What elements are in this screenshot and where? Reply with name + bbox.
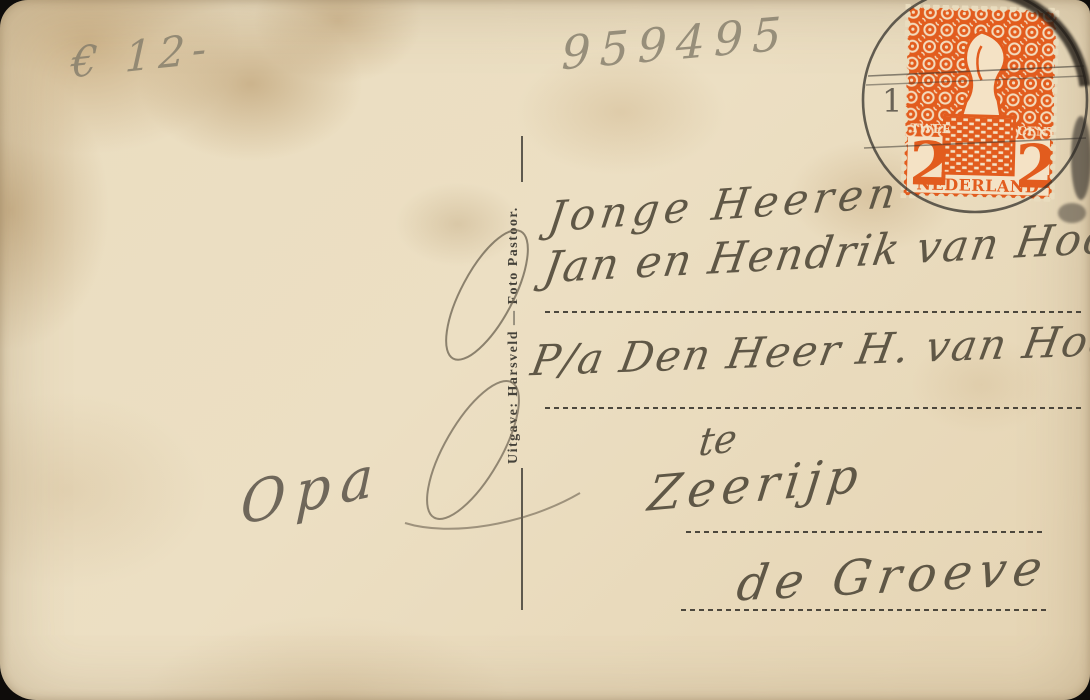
address-rule-4	[681, 609, 1047, 611]
address-line-village: de Groeve	[733, 540, 1053, 613]
pencil-serial-number: 959495	[561, 6, 791, 80]
address-rule-2	[545, 407, 1085, 409]
address-line-te: te	[696, 415, 739, 465]
divider-rule-top	[521, 136, 523, 182]
postcard-back: € 12- 959495 Uitgave: Harsveld — Foto Pa…	[0, 0, 1090, 700]
postcard-scan: € 12- 959495 Uitgave: Harsveld — Foto Pa…	[0, 0, 1090, 700]
pencil-price-note: € 12-	[70, 23, 214, 87]
address-rule-3	[686, 531, 1044, 533]
address-line-care-of: P/a Den Heer H. van Hoorn	[527, 314, 1090, 386]
pencil-opa-note: Opa	[240, 442, 384, 539]
postmark-ink-smudge	[998, 0, 1085, 86]
postmark-digit: 1	[882, 82, 902, 120]
address-rule-1	[545, 311, 1081, 313]
address-line-town: Zeerijp	[645, 447, 867, 523]
postmark: 1	[840, 0, 1090, 238]
